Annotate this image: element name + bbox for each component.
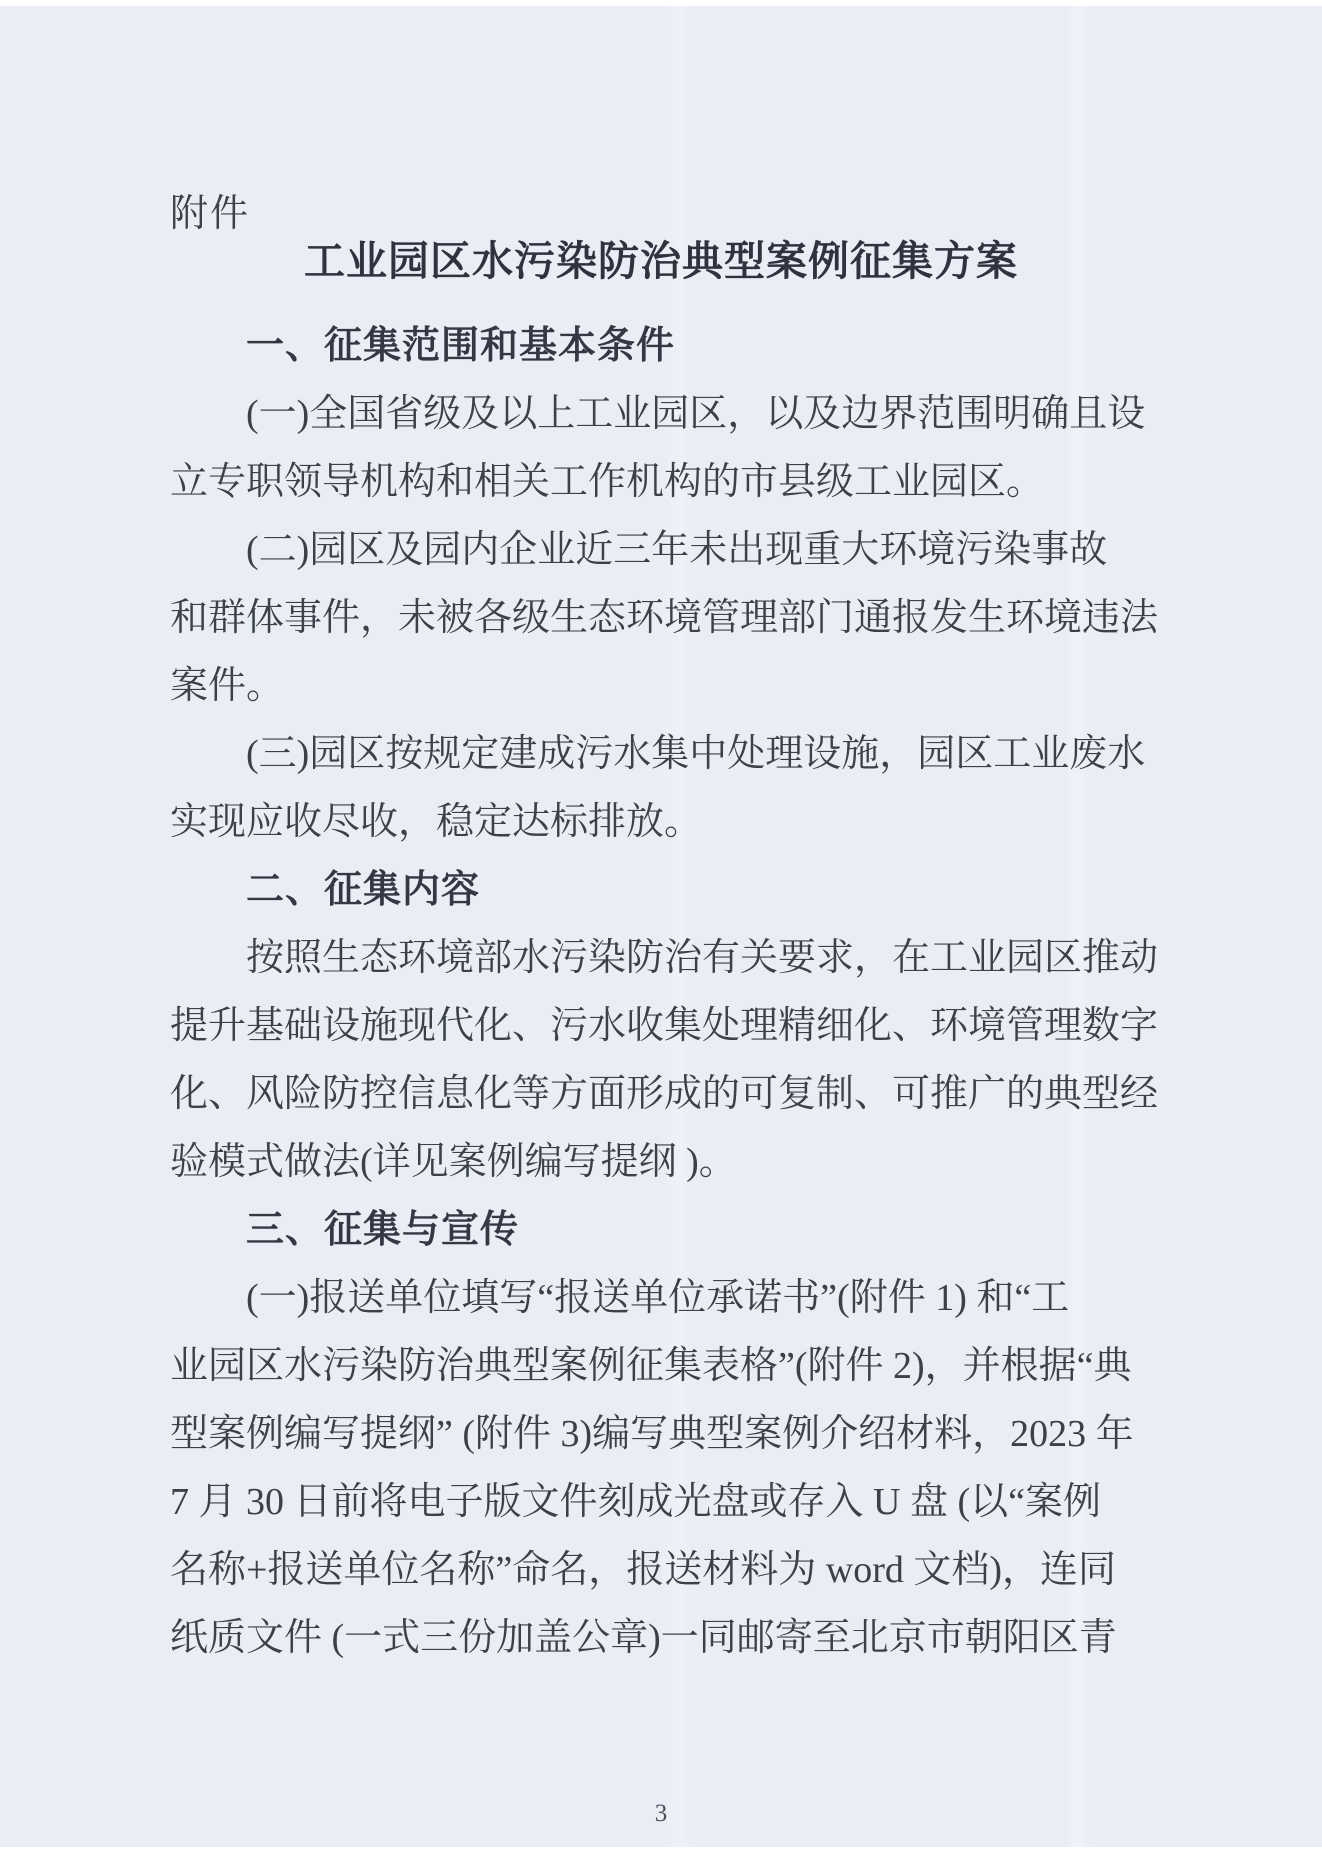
text-line: 验模式做法(详见案例编写提纲 )。 — [170, 1128, 1156, 1196]
text-line: 实现应收尽收，稳定达标排放。 — [170, 788, 1156, 856]
text-line: (一)全国省级及以上工业园区，以及边界范围明确且设 — [170, 380, 1156, 448]
text-line: 立专职领导机构和相关工作机构的市县级工业园区。 — [170, 448, 1156, 516]
document-body: 一、征集范围和基本条件(一)全国省级及以上工业园区，以及边界范围明确且设立专职领… — [170, 312, 1156, 1672]
page-title: 工业园区水污染防治典型案例征集方案 — [170, 228, 1152, 287]
text-line: 名称+报送单位名称”命名，报送材料为 word 文档)，连同 — [170, 1536, 1156, 1604]
page-number: 3 — [0, 1800, 1322, 1828]
text-line: 型案例编写提纲” (附件 3)编写典型案例介绍材料，2023 年 — [170, 1400, 1156, 1468]
heading-line: 三、征集与宣传 — [170, 1196, 1156, 1264]
text-line: 案件。 — [170, 652, 1156, 720]
text-line: (二)园区及园内企业近三年未出现重大环境污染事故 — [170, 516, 1156, 584]
text-line: 按照生态环境部水污染防治有关要求，在工业园区推动 — [170, 924, 1156, 992]
heading-line: 一、征集范围和基本条件 — [170, 312, 1156, 380]
text-line: (三)园区按规定建成污水集中处理设施，园区工业废水 — [170, 720, 1156, 788]
text-line: 化、风险防控信息化等方面形成的可复制、可推广的典型经 — [170, 1060, 1156, 1128]
text-line: 7 月 30 日前将电子版文件刻成光盘或存入 U 盘 (以“案例 — [170, 1468, 1156, 1536]
text-line: 和群体事件，未被各级生态环境管理部门通报发生环境违法 — [170, 584, 1156, 652]
text-line: 提升基础设施现代化、污水收集处理精细化、环境管理数字 — [170, 992, 1156, 1060]
heading-line: 二、征集内容 — [170, 856, 1156, 924]
text-line: 纸质文件 (一式三份加盖公章)一同邮寄至北京市朝阳区青 — [170, 1604, 1156, 1672]
text-line: (一)报送单位填写“报送单位承诺书”(附件 1) 和“工 — [170, 1264, 1156, 1332]
document-page: 附件 工业园区水污染防治典型案例征集方案 一、征集范围和基本条件(一)全国省级及… — [0, 6, 1322, 1847]
text-line: 业园区水污染防治典型案例征集表格”(附件 2)，并根据“典 — [170, 1332, 1156, 1400]
